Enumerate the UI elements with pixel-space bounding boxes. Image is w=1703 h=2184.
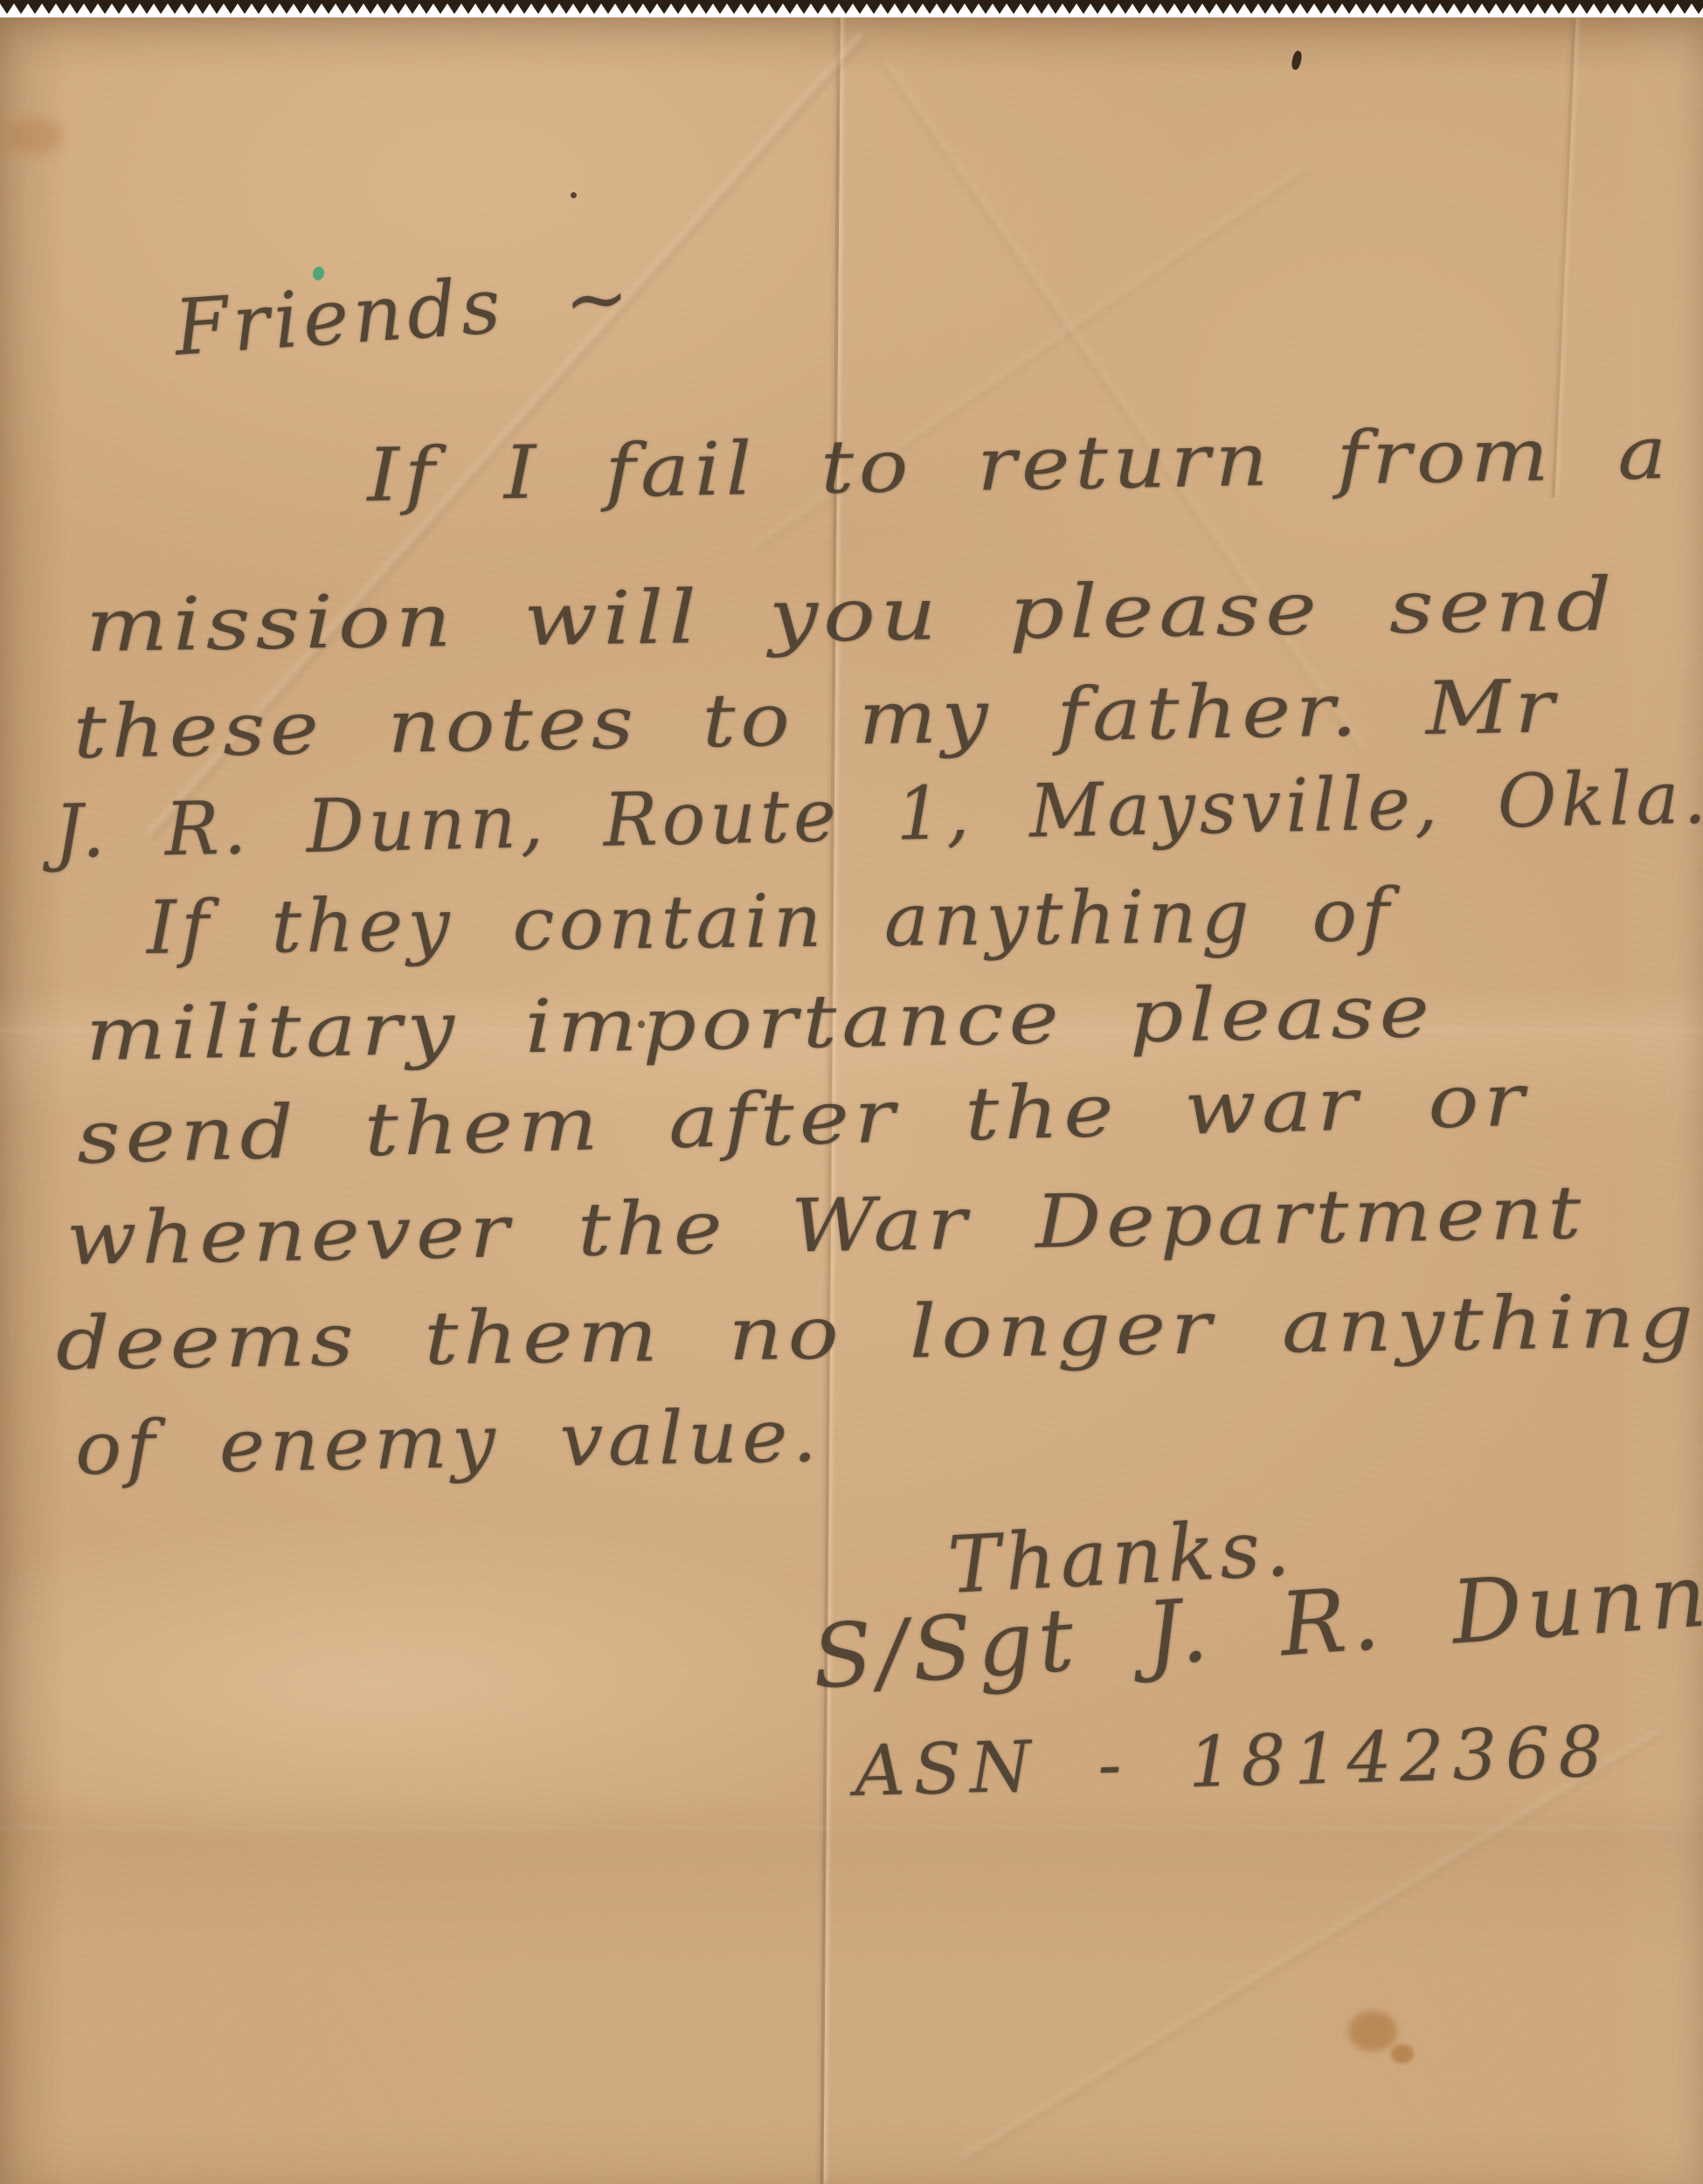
salutation-line: Friends ~ bbox=[172, 258, 636, 366]
body-line-10: of enemy value. bbox=[74, 1399, 821, 1485]
body-line-9: deems them no longer anything bbox=[55, 1284, 1699, 1380]
body-line-5: If they contain anything of bbox=[147, 878, 1395, 964]
scanned-letter-page: Friends ~ If I fail to return from a mis… bbox=[0, 0, 1703, 2184]
letter-paper: Friends ~ If I fail to return from a mis… bbox=[0, 9, 1703, 2184]
body-line-8: whenever the War Department bbox=[66, 1176, 1586, 1275]
corner-smudge-top-left bbox=[7, 118, 63, 155]
body-line-3: these notes to my father. Mr bbox=[73, 669, 1560, 769]
ink-speck-above-salutation bbox=[571, 192, 577, 198]
rust-stain-small bbox=[1391, 2044, 1414, 2063]
body-line-4: J. R. Dunn, Route 1, Maysville, Okla. bbox=[53, 760, 1703, 868]
rust-stain-large bbox=[1348, 2011, 1397, 2051]
service-number-line: ASN - 18142368 bbox=[854, 1717, 1612, 1807]
body-line-2: mission will you please send bbox=[85, 568, 1616, 662]
body-line-6: military importance please bbox=[85, 974, 1435, 1071]
body-line-7: send them after the war or bbox=[76, 1062, 1530, 1173]
body-line-1: If I fail to return from a bbox=[366, 416, 1672, 512]
horizontal-fold-highlight-lower bbox=[0, 1824, 1703, 1831]
torn-edge-perforation bbox=[0, 0, 1703, 17]
ink-speck-top-right bbox=[1291, 50, 1303, 71]
